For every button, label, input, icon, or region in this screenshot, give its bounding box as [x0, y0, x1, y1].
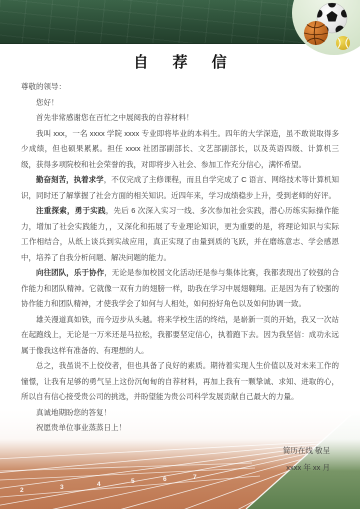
- letter-paragraph: 总之，我虽说不上佼佼者，但也具备了良好的素质。期待着实现人生价值以及对未来工作的…: [21, 358, 339, 405]
- letter-salutation: 尊敬的领导：: [21, 79, 339, 95]
- paragraph-text: 真诚地期盼您的答复！: [36, 408, 111, 417]
- paragraph-text: 祝愿贵单位事业蒸蒸日上！: [36, 423, 126, 432]
- letter-paragraph: 我叫 xxx，一名 xxxx 学院 xxxx 专业即将毕业的本科生。四年的大学深…: [21, 126, 339, 173]
- letter-paragraph: 您好！: [21, 95, 339, 111]
- letter-body: 尊敬的领导： 您好！ 首先非常感谢您在百忙之中展阅我的自荐材料！ 我叫 xxx，…: [21, 79, 339, 436]
- letter-paragraph: 勤奋刻苦，执着求学，不仅完成了主修课程，而且自学完成了 C 语言、网络技术等计算…: [21, 172, 339, 203]
- signature-name: 简历在线 敬呈: [0, 442, 330, 459]
- letter-paragraph: 雄关漫道真如铁，而今迈步从头越。将来学校生活的终结，是崭新一页的开始，我又一次站…: [21, 312, 339, 359]
- header-banner: [0, 0, 360, 44]
- paragraph-lead: 注重探索，勇于实践: [36, 206, 106, 215]
- page-title: 自 荐 信: [0, 53, 360, 73]
- paragraph-lead: 勤奋刻苦，执着求学: [36, 175, 104, 184]
- resume-page: 自 荐 信 尊敬的领导： 您好！ 首先非常感谢您在百忙之中展阅我的自荐材料！ 我…: [0, 0, 360, 509]
- basketball-icon: [304, 21, 328, 45]
- letter-paragraph: 真诚地期盼您的答复！: [21, 405, 339, 421]
- letter-paragraph: 向往团队，乐于协作，无论是参加校园文化活动还是参与集体比赛，我都表现出了较强的合…: [21, 265, 339, 312]
- paragraph-text: 总之，我虽说不上佼佼者，但也具备了良好的素质。期待着实现人生价值以及对未来工作的…: [21, 361, 339, 401]
- letter-paragraph: 注重探索，勇于实践，先后 6 次深入实习一线、多次参加社会实践，潜心历练实际操作…: [21, 203, 339, 265]
- paragraph-lead: 向往团队，乐于协作: [36, 268, 104, 277]
- paragraph-text: 雄关漫道真如铁，而今迈步从头越。将来学校生活的终结，是崭新一页的开始，我又一次站…: [21, 315, 339, 355]
- signature-block: 简历在线 敬呈 xxxx 年 xx 月: [0, 442, 330, 476]
- paragraph-text: 您好！: [36, 98, 59, 107]
- tennis-ball-icon: [336, 36, 350, 50]
- paragraph-text: 我叫 xxx，一名 xxxx 学院 xxxx 专业即将毕业的本科生。四年的大学深…: [21, 129, 339, 169]
- signature-date: xxxx 年 xx 月: [0, 459, 330, 476]
- letter-paragraph: 祝愿贵单位事业蒸蒸日上！: [21, 420, 339, 436]
- letter-paragraph: 首先非常感谢您在百忙之中展阅我的自荐材料！: [21, 110, 339, 126]
- paragraph-text: 首先非常感谢您在百忙之中展阅我的自荐材料！: [36, 113, 194, 122]
- letter-content: 自 荐 信 尊敬的领导： 您好！ 首先非常感谢您在百忙之中展阅我的自荐材料！ 我…: [0, 53, 360, 476]
